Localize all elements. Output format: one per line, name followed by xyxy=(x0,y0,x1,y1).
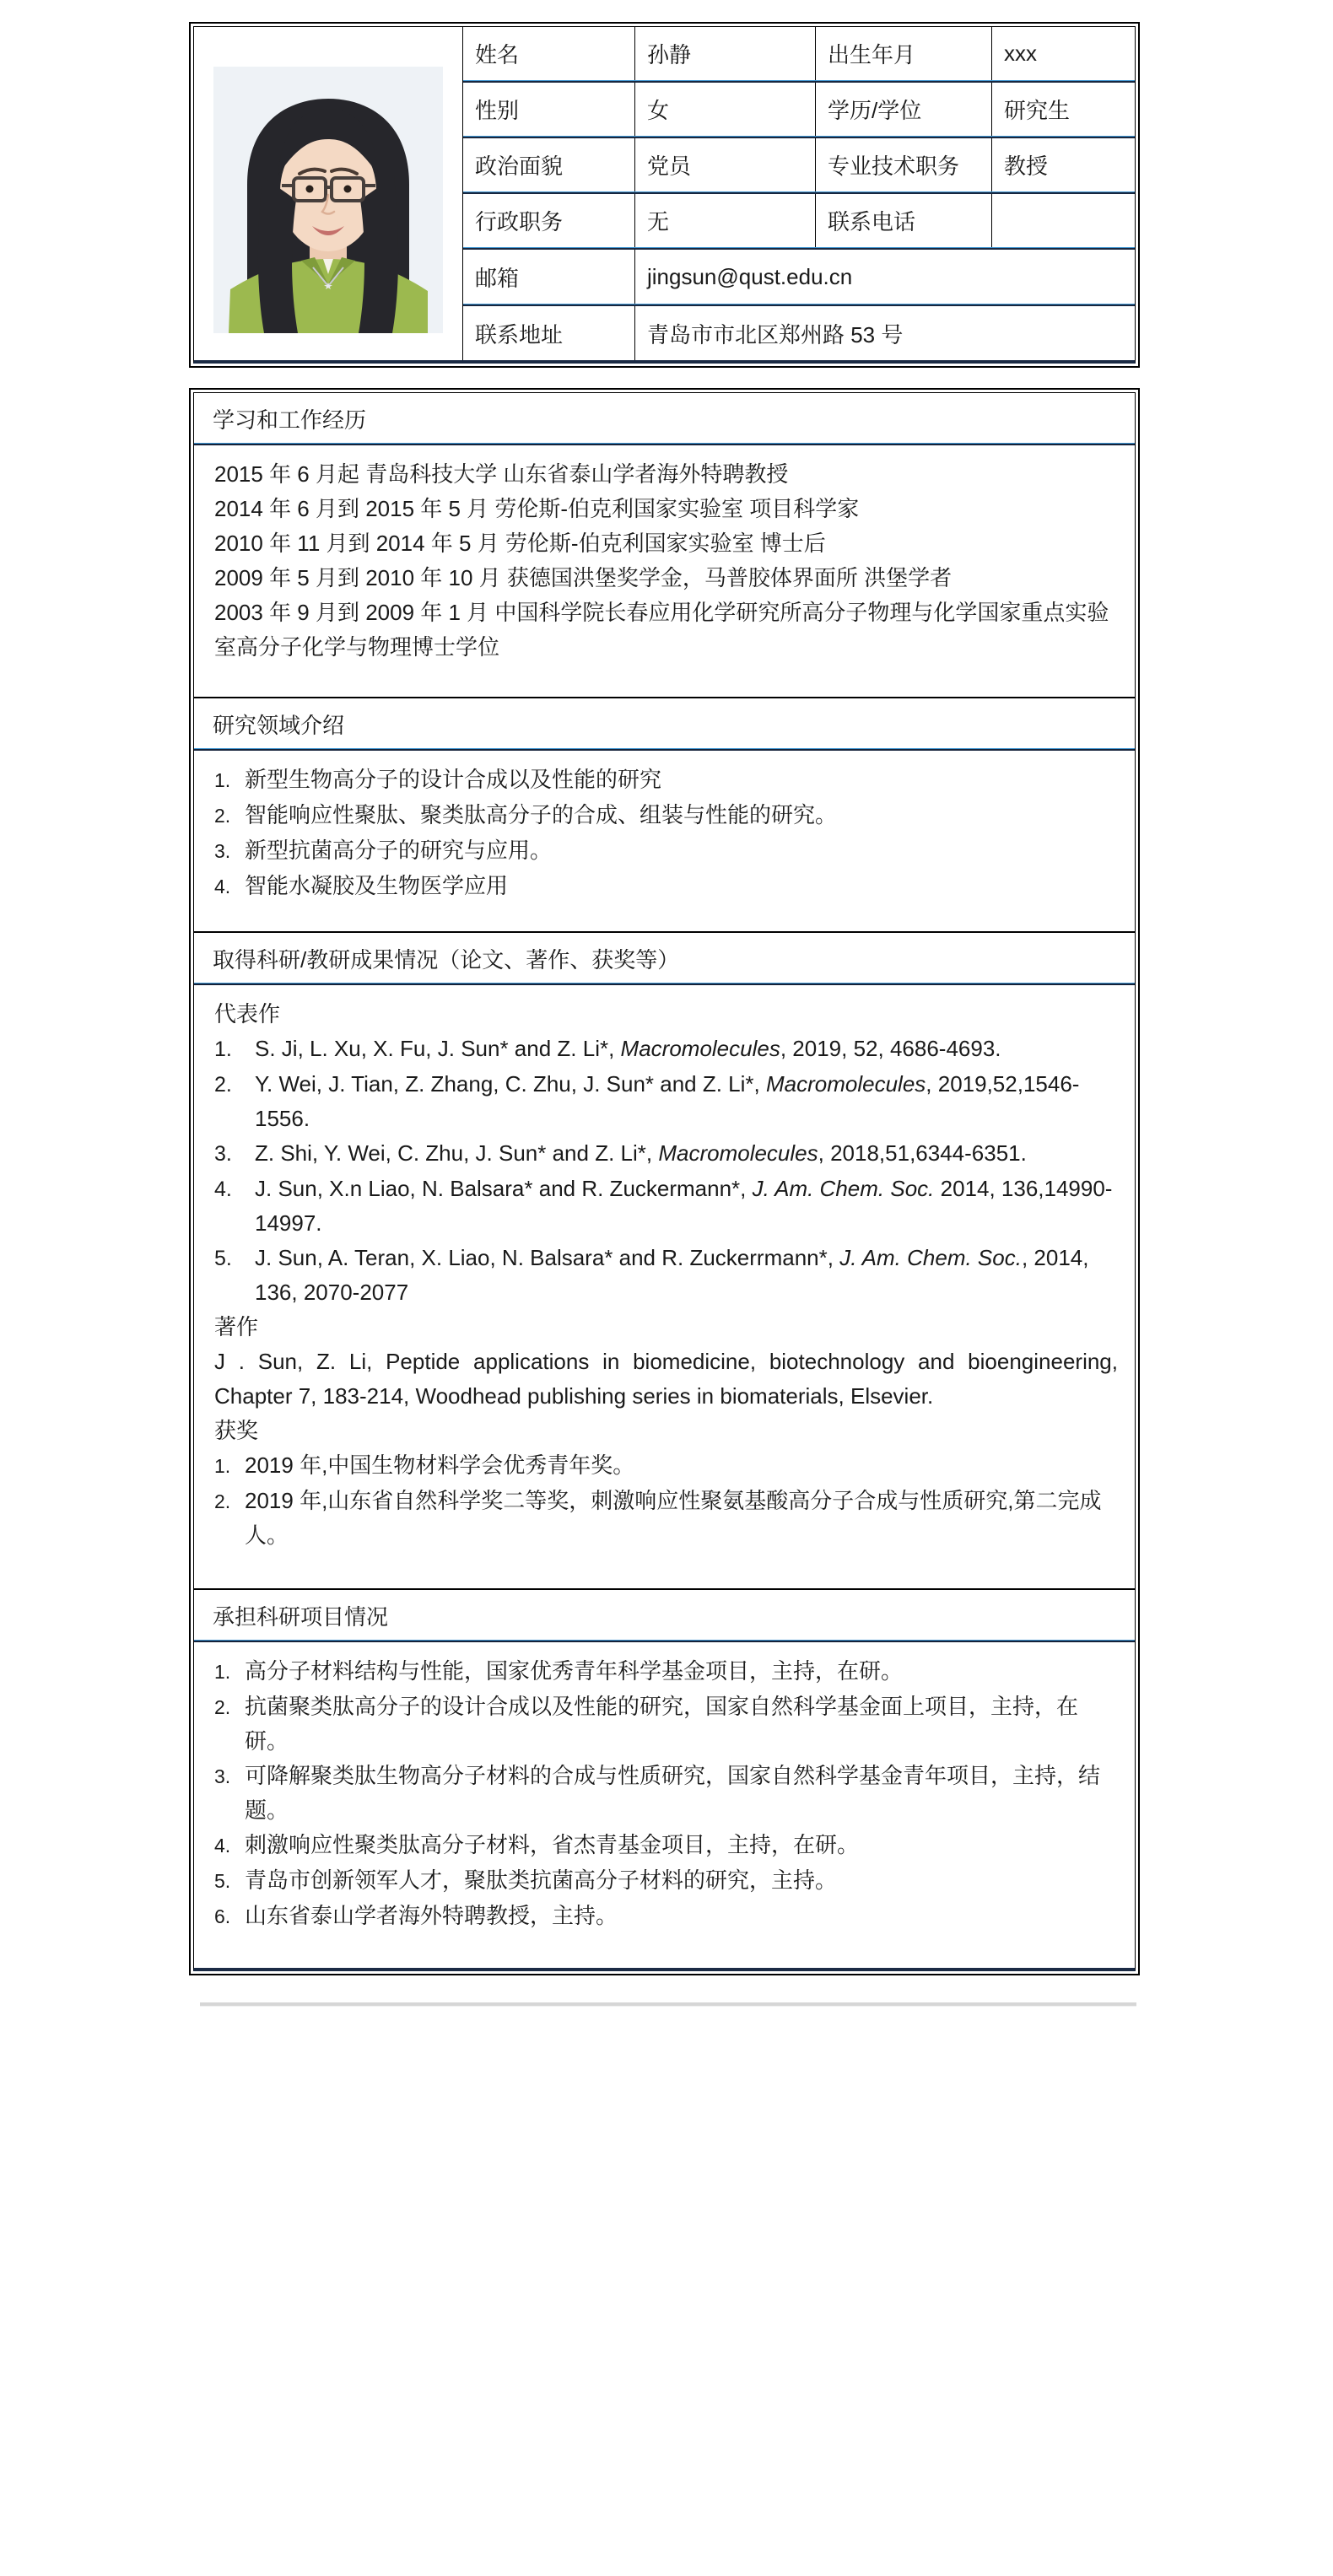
publication-segment: Macromolecules xyxy=(658,1140,818,1166)
section-experience: 学习和工作经历 2015 年 6 月起 青岛科技大学 山东省泰山学者海外特聘教授… xyxy=(194,393,1135,697)
project-item: 5.青岛市创新领军人才，聚肽类抗菌高分子材料的研究，主持。 xyxy=(214,1863,1118,1899)
item-text: 可降解聚类肽生物高分子材料的合成与性质研究，国家自然科学基金青年项目，主持，结题… xyxy=(245,1759,1118,1828)
experience-line: 2009 年 5 月到 2010 年 10 月 获德国洪堡奖学金，马普胶体界面所… xyxy=(214,561,1118,595)
award-item: 2.2019 年,山东省自然科学奖二等奖，刺激响应性聚氨基酸高分子合成与性质研究… xyxy=(214,1484,1118,1553)
bottom-horizontal-rule xyxy=(200,2002,1136,2007)
publication-segment: J. Sun, X.n Liao, N. Balsara* and R. Zuc… xyxy=(255,1176,753,1201)
item-number: 3. xyxy=(214,1760,245,1794)
publication-segment: Z. Shi, Y. Wei, C. Zhu, J. Sun* and Z. L… xyxy=(255,1140,658,1166)
publication-text: Y. Wei, J. Tian, Z. Zhang, C. Zhu, J. Su… xyxy=(255,1067,1118,1136)
field-label-political-status: 政治面貌 xyxy=(463,138,634,191)
publication-list: 1.S. Ji, L. Xu, X. Fu, J. Sun* and Z. Li… xyxy=(214,1032,1118,1310)
research-areas-list: 1.新型生物高分子的设计合成以及性能的研究2.智能响应性聚肽、聚类肽高分子的合成… xyxy=(194,751,1135,931)
item-text: 抗菌聚类肽高分子的设计合成以及性能的研究，国家自然科学基金面上项目，主持，在研。 xyxy=(245,1689,1118,1759)
field-value-gender: 女 xyxy=(634,83,815,136)
field-value-name: 孙静 xyxy=(634,27,815,80)
research-item: 2.智能响应性聚肽、聚类肽高分子的合成、组装与性能的研究。 xyxy=(214,798,1118,833)
section-title-achievements: 取得科研/教研成果情况（论文、著作、获奖等） xyxy=(194,933,1135,983)
field-value-admin-post: 无 xyxy=(634,194,815,247)
item-number: 4. xyxy=(214,1829,245,1863)
project-item: 2.抗菌聚类肽高分子的设计合成以及性能的研究，国家自然科学基金面上项目，主持，在… xyxy=(214,1689,1118,1759)
item-number: 5. xyxy=(214,1242,255,1276)
field-value-address: 青岛市市北区郑州路 53 号 xyxy=(634,306,1135,360)
publication-segment: Macromolecules xyxy=(621,1036,780,1061)
publication-segment: S. Ji, L. Xu, X. Fu, J. Sun* and Z. Li*, xyxy=(255,1036,621,1061)
publication-segment: J. Sun, A. Teran, X. Liao, N. Balsara* a… xyxy=(255,1245,839,1270)
field-label-name: 姓名 xyxy=(463,27,634,80)
field-value-email: jingsun@qust.edu.cn xyxy=(634,250,1135,304)
field-label-gender: 性别 xyxy=(463,83,634,136)
publication-item: 1.S. Ji, L. Xu, X. Fu, J. Sun* and Z. Li… xyxy=(214,1032,1118,1067)
publication-segment: , 2019, 52, 4686-4693. xyxy=(780,1036,1001,1061)
section-title-experience: 学习和工作经历 xyxy=(194,393,1135,443)
item-text: 2019 年,中国生物材料学会优秀青年奖。 xyxy=(245,1448,1118,1483)
publication-text: Z. Shi, Y. Wei, C. Zhu, J. Sun* and Z. L… xyxy=(255,1136,1118,1171)
publication-text: J. Sun, A. Teran, X. Liao, N. Balsara* a… xyxy=(255,1241,1118,1310)
field-value-birthdate: xxx xyxy=(991,27,1135,80)
field-label-email: 邮箱 xyxy=(463,250,634,304)
field-label-phone: 联系电话 xyxy=(815,194,991,247)
research-item: 3.新型抗菌高分子的研究与应用。 xyxy=(214,833,1118,869)
item-number: 1. xyxy=(214,763,245,798)
field-label-address: 联系地址 xyxy=(463,306,634,360)
resume-sections-table: 学习和工作经历 2015 年 6 月起 青岛科技大学 山东省泰山学者海外特聘教授… xyxy=(193,392,1136,1971)
field-value-title: 教授 xyxy=(991,138,1135,191)
profile-photo-cell xyxy=(194,27,463,360)
field-label-admin-post: 行政职务 xyxy=(463,194,634,247)
experience-line: 2010 年 11 月到 2014 年 5 月 劳伦斯-伯克利国家实验室 博士后 xyxy=(214,526,1118,561)
award-item: 1.2019 年,中国生物材料学会优秀青年奖。 xyxy=(214,1448,1118,1484)
field-value-political-status: 党员 xyxy=(634,138,815,191)
field-label-birthdate: 出生年月 xyxy=(815,27,991,80)
subheading-awards: 获奖 xyxy=(214,1414,1118,1448)
subheading-books: 著作 xyxy=(214,1310,1118,1345)
publication-item: 2.Y. Wei, J. Tian, Z. Zhang, C. Zhu, J. … xyxy=(214,1067,1118,1136)
profile-photo xyxy=(213,67,443,333)
project-item: 3.可降解聚类肽生物高分子材料的合成与性质研究，国家自然科学基金青年项目，主持，… xyxy=(214,1759,1118,1828)
section-projects: 承担科研项目情况 1.高分子材料结构与性能，国家优秀青年科学基金项目，主持，在研… xyxy=(194,1590,1135,1968)
item-number: 1. xyxy=(214,1655,245,1689)
research-item: 4.智能水凝胶及生物医学应用 xyxy=(214,869,1118,904)
item-number: 2. xyxy=(214,1485,245,1519)
section-title-projects: 承担科研项目情况 xyxy=(194,1590,1135,1640)
item-number: 4. xyxy=(214,870,245,904)
book-entry: J . Sun, Z. Li, Peptide applications in … xyxy=(214,1345,1118,1414)
item-number: 1. xyxy=(214,1449,245,1484)
item-text: 新型生物高分子的设计合成以及性能的研究 xyxy=(245,763,1118,797)
profile-info-table: 姓名 孙静 出生年月 xxx 性别 女 学历/学位 研究生 政治面貌 党员 专业… xyxy=(193,26,1136,364)
achievements-body: 代表作 1.S. Ji, L. Xu, X. Fu, J. Sun* and Z… xyxy=(194,985,1135,1588)
item-text: 2019 年,山东省自然科学奖二等奖，刺激响应性聚氨基酸高分子合成与性质研究,第… xyxy=(245,1484,1118,1553)
field-value-degree: 研究生 xyxy=(991,83,1135,136)
item-number: 4. xyxy=(214,1172,255,1207)
item-number: 6. xyxy=(214,1900,245,1934)
research-item: 1.新型生物高分子的设计合成以及性能的研究 xyxy=(214,763,1118,798)
item-number: 3. xyxy=(214,834,245,869)
field-label-degree: 学历/学位 xyxy=(815,83,991,136)
item-number: 2. xyxy=(214,1068,255,1102)
experience-line: 2014 年 6 月到 2015 年 5 月 劳伦斯-伯克利国家实验室 项目科学… xyxy=(214,492,1118,526)
item-number: 3. xyxy=(214,1137,255,1172)
award-list: 1.2019 年,中国生物材料学会优秀青年奖。2.2019 年,山东省自然科学奖… xyxy=(214,1448,1118,1553)
publication-item: 4.J. Sun, X.n Liao, N. Balsara* and R. Z… xyxy=(214,1172,1118,1241)
item-number: 2. xyxy=(214,799,245,833)
publication-text: S. Ji, L. Xu, X. Fu, J. Sun* and Z. Li*,… xyxy=(255,1032,1118,1066)
project-item: 6.山东省泰山学者海外特聘教授，主持。 xyxy=(214,1899,1118,1934)
publication-segment: J. Am. Chem. Soc. xyxy=(753,1176,935,1201)
project-list: 1.高分子材料结构与性能，国家优秀青年科学基金项目，主持，在研。2.抗菌聚类肽高… xyxy=(194,1642,1135,1968)
item-text: 智能水凝胶及生物医学应用 xyxy=(245,869,1118,903)
experience-line: 2015 年 6 月起 青岛科技大学 山东省泰山学者海外特聘教授 xyxy=(214,457,1118,492)
publication-segment: Y. Wei, J. Tian, Z. Zhang, C. Zhu, J. Su… xyxy=(255,1071,766,1097)
publication-text: J. Sun, X.n Liao, N. Balsara* and R. Zuc… xyxy=(255,1172,1118,1241)
experience-line: 2003 年 9 月到 2009 年 1 月 中国科学院长春应用化学研究所高分子… xyxy=(214,595,1118,665)
item-text: 智能响应性聚肽、聚类肽高分子的合成、组装与性能的研究。 xyxy=(245,798,1118,833)
item-text: 青岛市创新领军人才，聚肽类抗菌高分子材料的研究，主持。 xyxy=(245,1863,1118,1898)
resume-content: 姓名 孙静 出生年月 xxx 性别 女 学历/学位 研究生 政治面貌 党员 专业… xyxy=(193,26,1136,2007)
item-number: 1. xyxy=(214,1032,255,1067)
section-title-research-areas: 研究领域介绍 xyxy=(194,698,1135,748)
publication-item: 3.Z. Shi, Y. Wei, C. Zhu, J. Sun* and Z.… xyxy=(214,1136,1118,1172)
item-text: 高分子材料结构与性能，国家优秀青年科学基金项目，主持，在研。 xyxy=(245,1654,1118,1689)
project-item: 4.刺激响应性聚类肽高分子材料，省杰青基金项目，主持，在研。 xyxy=(214,1828,1118,1863)
item-text: 山东省泰山学者海外特聘教授，主持。 xyxy=(245,1899,1118,1933)
field-label-title: 专业技术职务 xyxy=(815,138,991,191)
publication-segment: , 2018,51,6344-6351. xyxy=(818,1140,1027,1166)
publication-item: 5.J. Sun, A. Teran, X. Liao, N. Balsara*… xyxy=(214,1241,1118,1310)
item-number: 2. xyxy=(214,1690,245,1725)
subheading-publications: 代表作 xyxy=(214,997,1118,1032)
section-achievements: 取得科研/教研成果情况（论文、著作、获奖等） 代表作 1.S. Ji, L. X… xyxy=(194,933,1135,1588)
field-value-phone xyxy=(991,194,1135,247)
experience-list: 2015 年 6 月起 青岛科技大学 山东省泰山学者海外特聘教授2014 年 6… xyxy=(194,445,1135,697)
resume-page: { "info": { "rows": [ ["姓名", "孙静", "出生年月… xyxy=(0,26,1333,2576)
publication-segment: J. Am. Chem. Soc. xyxy=(839,1245,1022,1270)
item-number: 5. xyxy=(214,1864,245,1899)
item-text: 新型抗菌高分子的研究与应用。 xyxy=(245,833,1118,868)
project-item: 1.高分子材料结构与性能，国家优秀青年科学基金项目，主持，在研。 xyxy=(214,1654,1118,1689)
item-text: 刺激响应性聚类肽高分子材料，省杰青基金项目，主持，在研。 xyxy=(245,1828,1118,1862)
publication-segment: Macromolecules xyxy=(766,1071,926,1097)
section-research-areas: 研究领域介绍 1.新型生物高分子的设计合成以及性能的研究2.智能响应性聚肽、聚类… xyxy=(194,698,1135,931)
